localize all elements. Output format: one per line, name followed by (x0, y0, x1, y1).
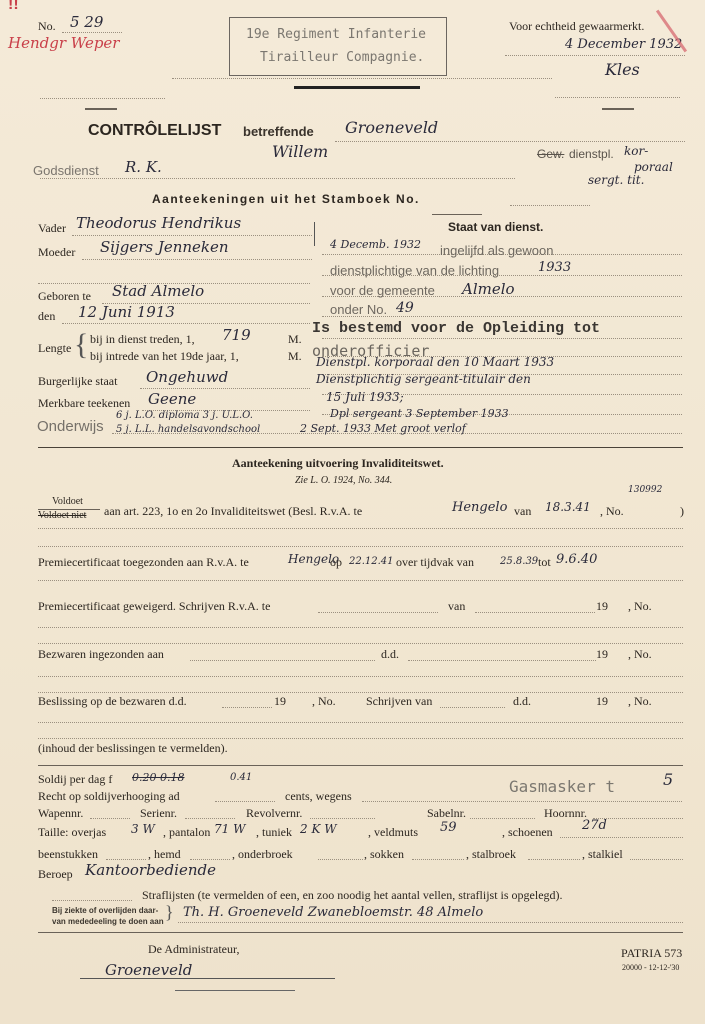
gew-label: Gew. (537, 147, 564, 161)
geweigerd-van: van (448, 599, 465, 614)
administrateur-label: De Administrateur, (148, 942, 240, 957)
den-value: 12 Juni 1913 (78, 303, 175, 321)
staat-entry-3: 15 Juli 1933; (326, 390, 404, 404)
bezwaren-year: 19 (596, 647, 608, 662)
schrijven-van: Schrijven van (366, 694, 432, 709)
stamboek-label: Aanteekeningen uit het Stamboek No. (152, 192, 420, 206)
vader-value: Theodorus Hendrikus (76, 214, 241, 232)
beslissing-year: 19 (274, 694, 286, 709)
form-title: CONTRÔLELIJST (88, 122, 221, 140)
beslissing-label: Beslissing op de bezwaren d.d. (38, 694, 187, 709)
soldij-struck: 0.20 0.18 (132, 771, 184, 784)
art-date: 18.3.41 (545, 500, 591, 514)
tuniek-label: , tuniek (256, 825, 292, 840)
onderwijs-value-1: 6 j. L.O. diploma 3 j. U.L.O. (116, 410, 253, 421)
dienstpl-value-1: kor- (624, 144, 648, 158)
staat-entry-2: Dienstplichtig sergeant-titulair den (316, 372, 531, 386)
burgerlijke-label: Burgerlijke staat (38, 374, 117, 389)
signature-underline (80, 978, 335, 979)
regiment-stamp: 19e Regiment Infanterie Tirailleur Compa… (229, 17, 447, 76)
recht-label: Recht op soldijverhooging ad (38, 789, 180, 804)
moeder-value: Sijgers Jenneken (100, 238, 229, 256)
authenticity-date: 4 December 1932 (565, 37, 682, 52)
invaliditeit-subheading: Zie L. O. 1924, No. 344. (295, 475, 392, 486)
lengte-line2-label: bij intrede van het 19de jaar, 1, (90, 349, 239, 364)
lengte-label: Lengte (38, 341, 71, 356)
premie-op: op (330, 555, 342, 570)
lengte-unit-2: M. (288, 349, 302, 364)
pantalon-label: , pantalon (163, 825, 210, 840)
onderbroek-label: , onderbroek (232, 847, 293, 862)
lengte-unit-1: M. (288, 332, 302, 347)
staat-line4-value: 49 (396, 300, 414, 316)
revolver-label: Revolvernr. (246, 806, 302, 821)
stalkiel-label: , stalkiel (582, 847, 623, 862)
staat-line4-label: onder No. (330, 302, 387, 317)
number-value: 5 29 (70, 13, 103, 31)
staat-line1-value: 4 Decemb. 1932 (330, 238, 421, 251)
printer-code: 20000 - 12-12-'30 (622, 963, 679, 972)
soldij-value: 0.41 (230, 772, 252, 783)
lengte-line1-value: 719 (222, 326, 251, 344)
firstname-value: Willem (272, 142, 328, 161)
premie-from: 25.8.39 (500, 556, 538, 567)
invaliditeit-heading: Aanteekening uitvoering Invaliditeitswet… (232, 456, 444, 471)
merkbare-value: Geene (148, 390, 196, 408)
betreffende-label: betreffende (243, 124, 314, 139)
dienstpl-value-3: sergt. tit. (588, 173, 644, 187)
staat-line1-label: ingelijfd als gewoon (440, 243, 553, 258)
red-exclamation-marks: !! (8, 0, 19, 14)
beroep-label: Beroep (38, 867, 73, 882)
voldoet: Voldoet (52, 496, 83, 507)
staat-line3-label: voor de gemeente (330, 283, 435, 298)
lengte-line1-label: bij in dienst treden, 1, (90, 332, 195, 347)
serie-label: Serienr. (140, 806, 177, 821)
vader-label: Vader (38, 221, 66, 236)
geweigerd-year: 19 (596, 599, 608, 614)
beslissing-no: , No. (312, 694, 336, 709)
ziekte-value: Th. H. Groeneveld Zwanebloemstr. 48 Alme… (183, 905, 483, 920)
schoenen-value: 27d (582, 818, 607, 833)
geboren-value: Stad Almelo (112, 282, 204, 300)
premie-to: 9.6.40 (556, 552, 597, 567)
premie-tot: tot (538, 555, 551, 570)
premie-tijdvak: over tijdvak van (396, 555, 474, 570)
beenstukken-label: beenstukken (38, 847, 98, 862)
art-close: ) (680, 504, 684, 519)
printer-name: PATRIA 573 (621, 946, 682, 961)
straflijsten-note: Straflijsten (te vermelden of een, en zo… (142, 888, 563, 903)
brace: { (74, 328, 88, 362)
pantalon-value: 71 W (214, 822, 245, 836)
overjas-value: 3 W (131, 822, 155, 836)
number-label: No. (38, 19, 56, 34)
gasmasker-label: Gasmasker t (509, 777, 615, 796)
den-label: den (38, 309, 55, 324)
schrijven-dd: d.d. (513, 694, 531, 709)
red-annotation: Hendgr Weper (8, 34, 119, 52)
bezwaren-dd: d.d. (381, 647, 399, 662)
staat-heading: Staat van dienst. (448, 220, 543, 234)
schoenen-label: , schoenen (502, 825, 553, 840)
inhoud-note: (inhoud der beslissingen te vermelden). (38, 741, 228, 756)
ziekte-line-2: van mededeeling te doen aan (52, 917, 164, 926)
stamp-line-1: 19e Regiment Infanterie (246, 27, 426, 42)
administrateur-signature: Groeneveld (105, 961, 192, 979)
stalbroek-label: , stalbroek (466, 847, 516, 862)
dienstpl-label: dienstpl. (569, 147, 614, 161)
beroep-value: Kantoorbediende (85, 861, 216, 879)
merkbare-label: Merkbare teekenen (38, 396, 130, 411)
sokken-label: , sokken (364, 847, 404, 862)
schrijven-no: , No. (628, 694, 652, 709)
staat-entry-4: Dpl sergeant 3 September 1933 (330, 407, 509, 420)
godsdienst-stamp: Godsdienst (33, 163, 99, 178)
voldoet-niet: Voldoet niet (38, 510, 86, 521)
ziekte-brace: } (165, 902, 174, 923)
signature-flourish (175, 990, 295, 991)
art-no-value: 130992 (628, 485, 662, 495)
art-text: aan art. 223, 1o en 2o Invaliditeitswet … (104, 504, 362, 519)
geweigerd-label: Premiecertificaat geweigerd. Schrijven R… (38, 599, 270, 614)
bezwaren-label: Bezwaren ingezonden aan (38, 647, 164, 662)
premie-label: Premiecertificaat toegezonden aan R.v.A.… (38, 555, 249, 570)
dienstpl-value-2: poraal (634, 160, 673, 174)
veldmuts-label: , veldmuts (368, 825, 418, 840)
art-no: , No. (600, 504, 624, 519)
cents-label: cents, wegens (285, 789, 352, 804)
premie-date: 22.12.41 (349, 556, 394, 567)
schrijven-year: 19 (596, 694, 608, 709)
control-list-form: !! No. 5 29 Hendgr Weper 19e Regiment In… (0, 0, 705, 1024)
onderwijs-stamp: Onderwijs (37, 418, 104, 435)
staat-entry-5: 2 Sept. 1933 Met groot verlof (300, 422, 466, 435)
burgerlijke-value: Ongehuwd (146, 368, 228, 386)
sabel-label: Sabelnr. (427, 806, 466, 821)
moeder-label: Moeder (38, 245, 75, 260)
soldij-label: Soldij per dag f (38, 772, 112, 787)
taille-label: Taille: overjas (38, 825, 106, 840)
art-place: Hengelo (452, 500, 507, 515)
art-van: van (514, 504, 531, 519)
hemd-label: , hemd (148, 847, 181, 862)
bestemd-line1: Is bestemd voor de Opleiding tot (312, 320, 600, 337)
veldmuts-value: 59 (440, 820, 457, 835)
staat-line2-label: dienstplichtige van de lichting (330, 263, 499, 278)
staat-line3-value: Almelo (462, 280, 515, 298)
authenticity-signature: Kles (605, 60, 640, 79)
staat-entry-1: Dienstpl. korporaal den 10 Maart 1933 (316, 355, 554, 369)
geweigerd-no: , No. (628, 599, 652, 614)
hoorn-label: Hoornnr. (544, 806, 587, 821)
ziekte-line-1: Bij ziekte of overlijden daar- (52, 906, 158, 915)
staat-line2-value: 1933 (538, 260, 571, 275)
tuniek-value: 2 K W (300, 822, 337, 836)
stamp-line-2: Tirailleur Compagnie. (260, 50, 424, 65)
gasmasker-value: 5 (663, 770, 673, 789)
surname-value: Groeneveld (345, 118, 438, 137)
authenticity-label: Voor echtheid gewaarmerkt. (509, 19, 644, 34)
bezwaren-no: , No. (628, 647, 652, 662)
geboren-label: Geboren te (38, 289, 91, 304)
godsdienst-value: R. K. (125, 158, 162, 176)
wapen-label: Wapennr. (38, 806, 83, 821)
